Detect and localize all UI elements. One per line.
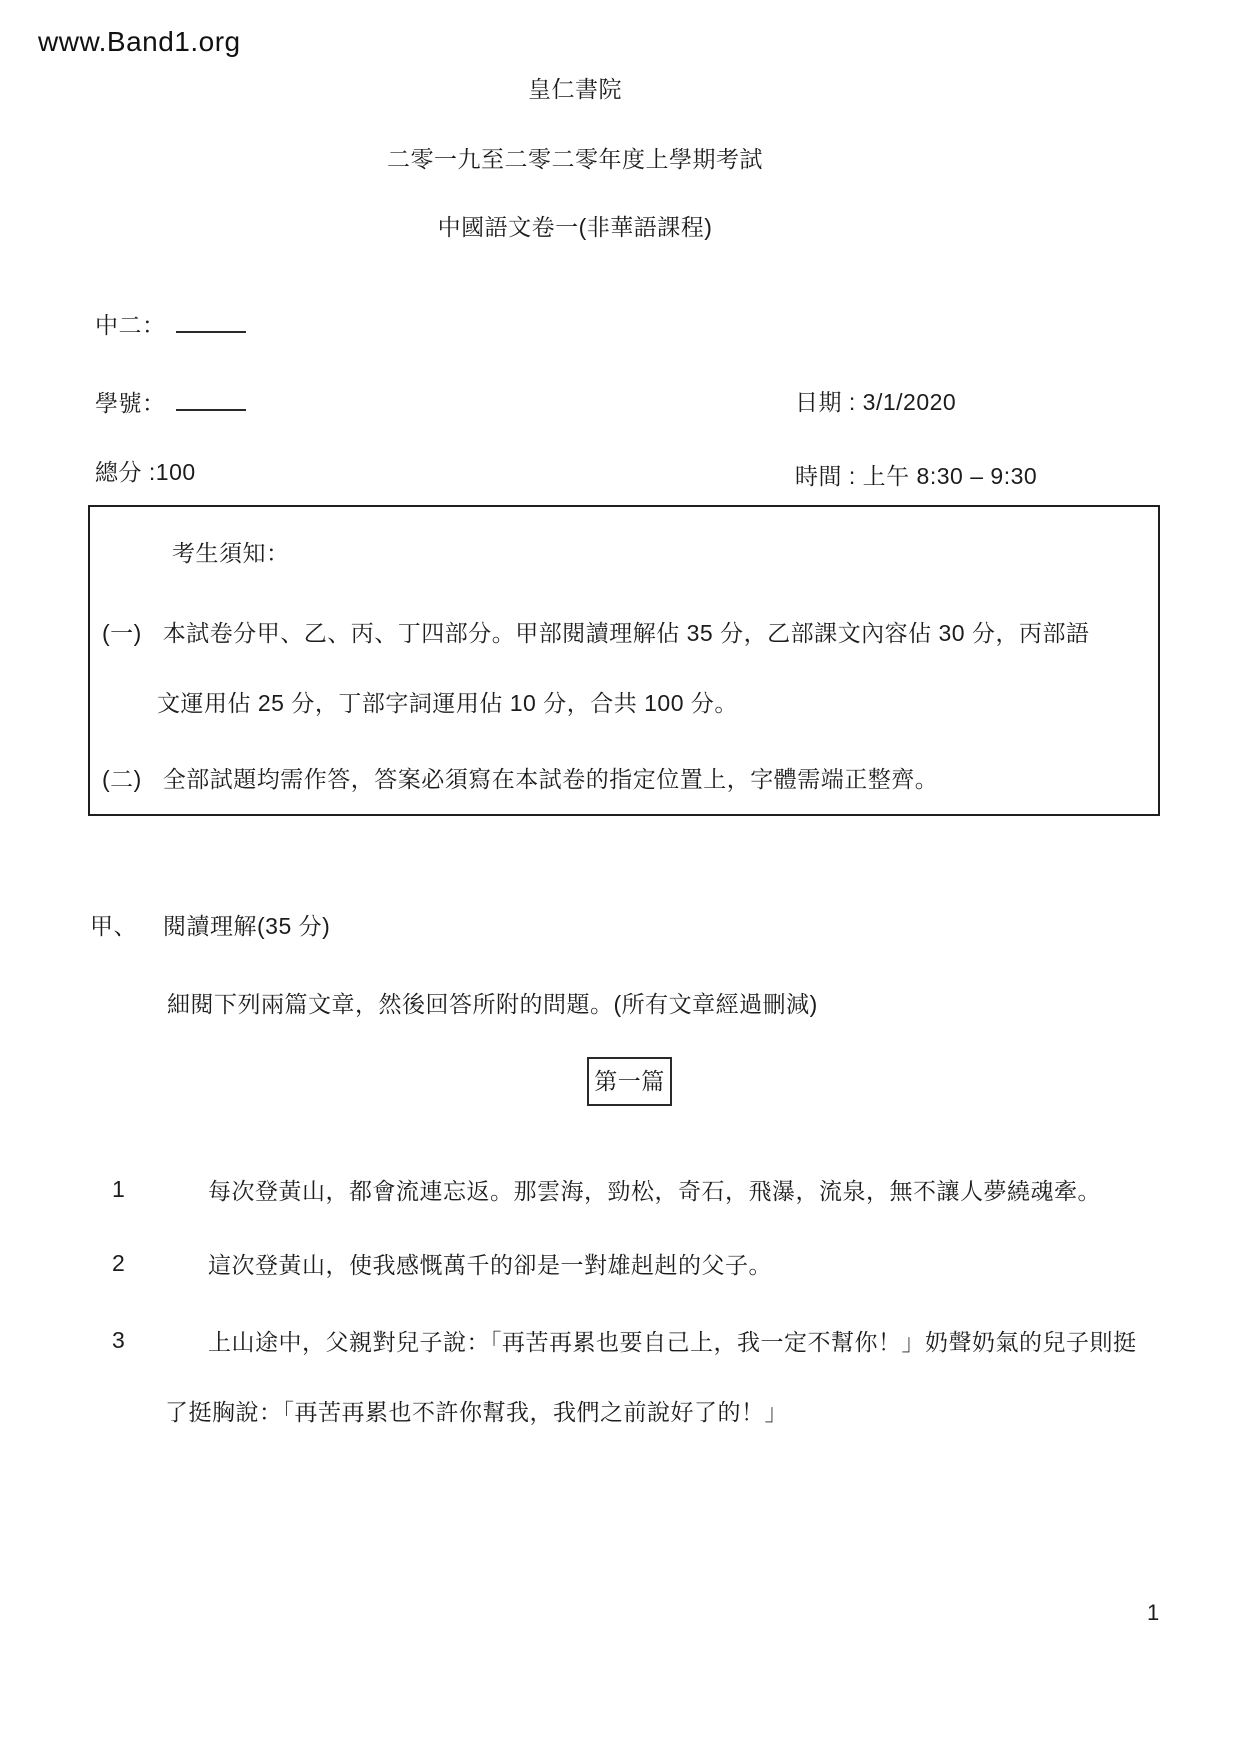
passage-label-box: 第一篇 [587,1057,672,1106]
section-a-label: 甲、 [90,912,137,941]
exam-title: 二零一九至二零二零年度上學期考試 [0,145,1150,174]
paragraph-3-line-2: 了挺胸說：「再苦再累也不許你幫我，我們之前說好了的！」 [165,1398,788,1427]
notice-item-1-number: (一) [102,620,142,646]
notice-item-2-number: (二) [102,766,142,792]
student-no-field: 學號： [95,385,246,418]
page-number: 1 [1147,1600,1159,1626]
date-field: 日期 : 3/1/2020 [795,388,956,417]
paragraph-3-line-1: 上山途中，父親對兒子說：「再苦再累也要自己上，我一定不幫你！」奶聲奶氣的兒子則挺 [208,1328,1137,1357]
notice-item-1-line-1: (一) 本試卷分甲、乙、丙、丁四部分。甲部閱讀理解佔 35 分，乙部課文內容佔 … [102,619,1089,648]
section-a-instruction: 細閱下列兩篇文章，然後回答所附的問題。(所有文章經過刪減) [167,990,818,1019]
notice-item-2-text: 全部試題均需作答，答案必須寫在本試卷的指定位置上，字體需端正整齊。 [163,766,939,792]
watermark-url: www.Band1.org [38,26,241,58]
notice-item-1-text: 本試卷分甲、乙、丙、丁四部分。甲部閱讀理解佔 35 分，乙部課文內容佔 30 分… [163,620,1090,646]
passage-label: 第一篇 [594,1067,665,1096]
paragraph-3-number: 3 [112,1326,125,1355]
notice-title: 考生須知： [172,539,290,568]
notice-item-2: (二) 全部試題均需作答，答案必須寫在本試卷的指定位置上，字體需端正整齊。 [102,765,938,794]
class-blank-underline [176,307,246,333]
paragraph-2-number: 2 [112,1249,125,1278]
class-field: 中二： [95,307,246,340]
paper-title: 中國語文卷一(非華語課程) [0,213,1150,242]
paragraph-2-text: 這次登黃山，使我感慨萬千的卻是一對雄赳赳的父子。 [208,1251,772,1280]
paragraph-1-text: 每次登黃山，都會流連忘返。那雲海，勁松，奇石，飛瀑，流泉，無不讓人夢繞魂牽。 [208,1177,1101,1206]
paragraph-1-number: 1 [112,1175,125,1204]
total-score-field: 總分 :100 [95,458,196,487]
student-no-label: 學號： [95,390,166,416]
notice-item-1-line-2: 文運用佔 25 分，丁部字詞運用佔 10 分，合共 100 分。 [157,689,738,718]
class-label: 中二： [95,312,166,338]
time-field: 時間 : 上午 8:30 – 9:30 [795,462,1037,491]
section-a-title: 閱讀理解(35 分) [163,912,330,941]
exam-paper-page: www.Band1.org 皇仁書院 二零一九至二零二零年度上學期考試 中國語文… [0,0,1240,1754]
notice-box: 考生須知： (一) 本試卷分甲、乙、丙、丁四部分。甲部閱讀理解佔 35 分，乙部… [88,505,1160,816]
school-name: 皇仁書院 [0,75,1150,104]
student-no-blank-underline [176,385,246,411]
